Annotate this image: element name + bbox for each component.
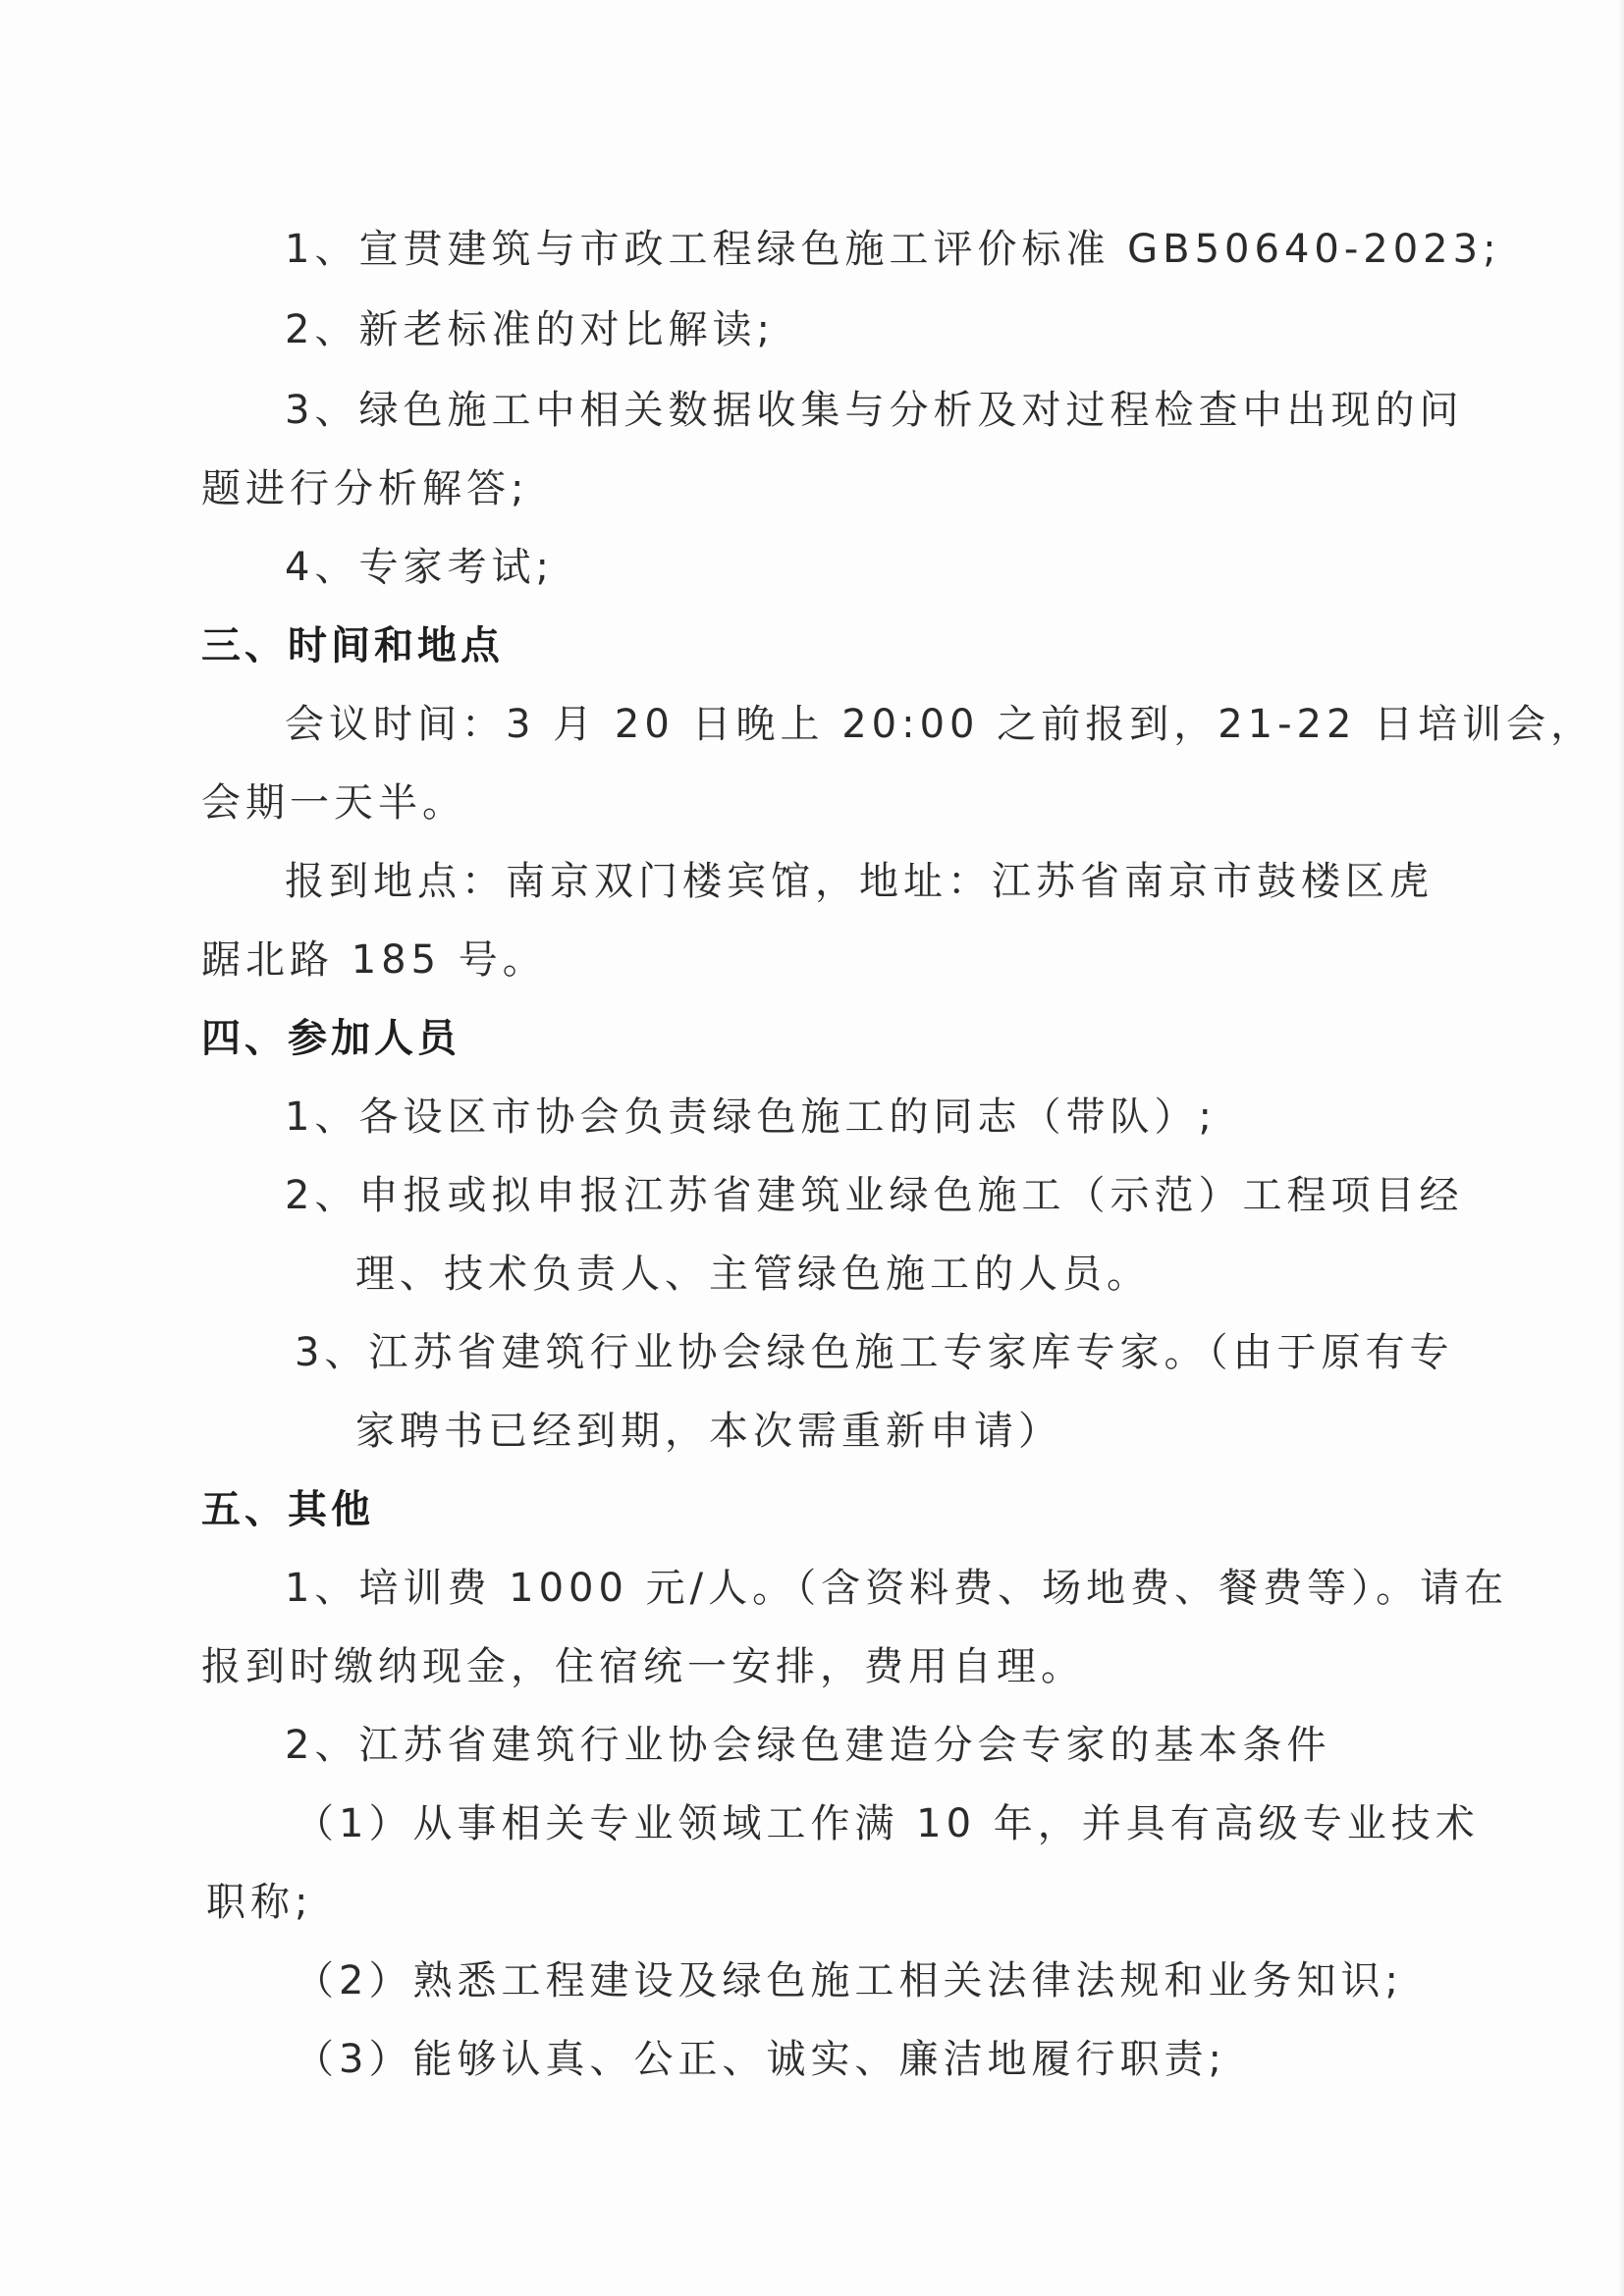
condition-1-continuation: 职称; (206, 1877, 312, 1928)
participant-item-3-continuation: 家聘书已经到期，本次需重新申请） (355, 1406, 1062, 1457)
section-heading-participants: 四、参加人员 (201, 1013, 460, 1064)
section-heading-other: 五、其他 (201, 1484, 374, 1535)
participant-item-2-continuation: 理、技术负责人、主管绿色施工的人员。 (355, 1249, 1151, 1300)
registration-location: 报到地点：南京双门楼宾馆，地址：江苏省南京市鼓楼区虎 (285, 856, 1434, 907)
registration-location-continuation: 踞北路 185 号。 (201, 934, 547, 986)
condition-2: （2）熟悉工程建设及绿色施工相关法律法规和业务知识; (295, 1955, 1403, 2006)
participant-item-3: 3、江苏省建筑行业协会绿色施工专家库专家。（由于原有专 (295, 1327, 1453, 1378)
participant-item-1: 1、各设区市协会负责绿色施工的同志（带队）; (285, 1092, 1217, 1143)
agenda-item-1: 1、宣贯建筑与市政工程绿色施工评价标准 GB50640-2023; (285, 224, 1501, 275)
meeting-time-continuation: 会期一天半。 (201, 777, 466, 828)
condition-1: （1）从事相关专业领域工作满 10 年，并具有高级专业技术 (295, 1798, 1480, 1849)
condition-3: （3）能够认真、公正、诚实、廉洁地履行职责; (295, 2034, 1226, 2085)
meeting-time: 会议时间：3 月 20 日晚上 20:00 之前报到，21-22 日培训会， (285, 699, 1595, 750)
participant-item-2: 2、申报或拟申报江苏省建筑业绿色施工（示范）工程项目经 (285, 1170, 1463, 1221)
other-item-1: 1、培训费 1000 元/人。（含资料费、场地费、餐费等）。请在 (285, 1563, 1508, 1614)
section-heading-time-location: 三、时间和地点 (201, 620, 504, 671)
agenda-item-2: 2、新老标准的对比解读; (285, 304, 775, 355)
agenda-item-4: 4、专家考试; (285, 542, 554, 593)
agenda-item-3: 3、绿色施工中相关数据收集与分析及对过程检查中出现的问 (285, 385, 1463, 436)
agenda-item-3-continuation: 题进行分析解答; (201, 463, 528, 514)
other-item-1-continuation: 报到时缴纳现金，住宿统一安排，费用自理。 (201, 1641, 1085, 1692)
scan-edge-shadow (1618, 0, 1624, 2296)
document-page: 1、宣贯建筑与市政工程绿色施工评价标准 GB50640-2023; 2、新老标准… (0, 0, 1624, 2296)
other-item-2: 2、江苏省建筑行业协会绿色建造分会专家的基本条件 (285, 1720, 1330, 1771)
